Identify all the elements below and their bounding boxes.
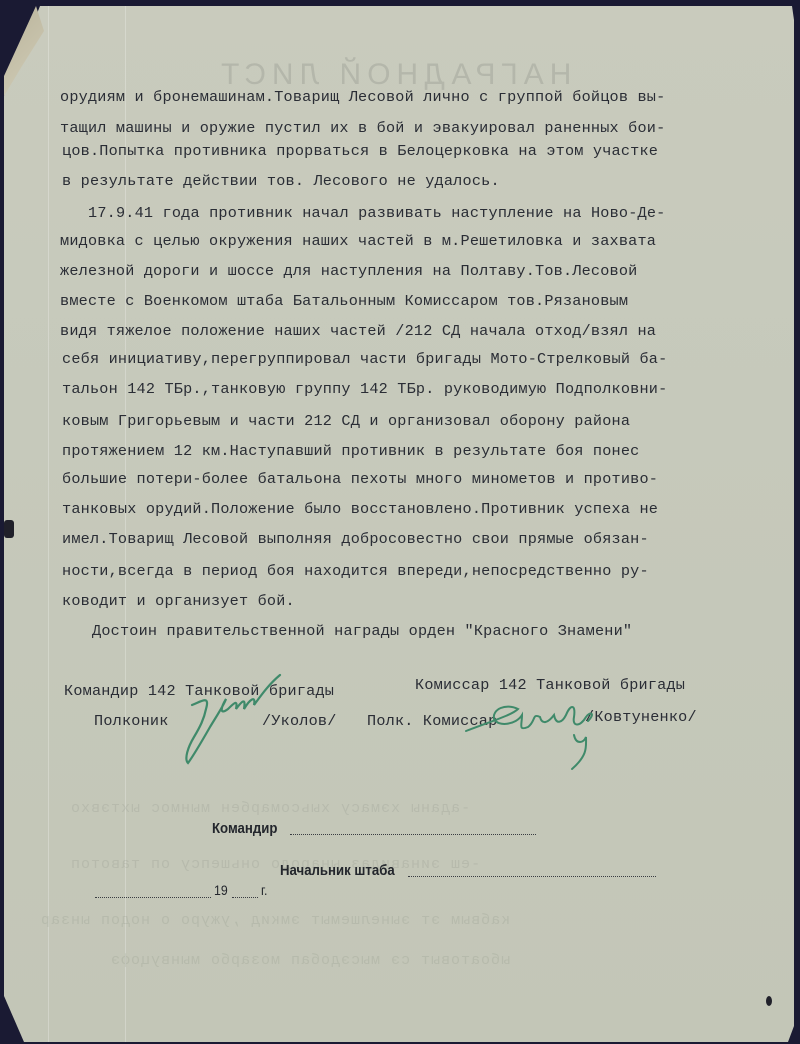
text-line: железной дороги и шоссе для наступления …	[60, 262, 637, 280]
text-line: ководит и организует бой.	[62, 592, 295, 610]
text-line: цов.Попытка противника прорваться в Бело…	[62, 142, 658, 160]
text-line: имел.Товарищ Лесовой выполняя добросовес…	[62, 530, 649, 548]
text-line: протяжением 12 км.Наступавший противник …	[62, 442, 639, 460]
text-line: ности,всегда в период боя находится впер…	[62, 562, 649, 580]
text-line: мидовка с целью окружения наших частей в…	[60, 232, 656, 250]
commander-field-label: Командир	[212, 820, 277, 837]
text-line: видя тяжелое положение наших частей /212…	[60, 322, 656, 340]
document-body: орудиям и бронемашинам.Товарищ Лесовой л…	[0, 0, 800, 1044]
text-line: тальон 142 ТБр.,танковую группу 142 ТБр.…	[62, 380, 667, 398]
chief-of-staff-signature-line	[408, 876, 656, 877]
commissar-title: Комиссар 142 Танковой бригады	[415, 676, 685, 694]
date-suffix: г.	[261, 882, 267, 898]
commander-rank: Полконик	[94, 712, 169, 730]
text-line: танковых орудий.Положение было восстанов…	[62, 500, 658, 518]
date-year-prefix: 19	[214, 882, 228, 898]
text-line: тащил машины и оружие пустил их в бой и …	[60, 119, 665, 137]
date-day-month-line	[95, 897, 211, 898]
award-recommendation: Достоин правительственной награды орден …	[92, 622, 632, 640]
commander-signature	[180, 665, 290, 775]
text-line: 17.9.41 года противник начал развивать н…	[88, 204, 665, 222]
text-line: орудиям и бронемашинам.Товарищ Лесовой л…	[60, 88, 665, 106]
text-line: большие потери-более батальона пехоты мн…	[62, 470, 658, 488]
date-year-line	[232, 897, 258, 898]
commander-signature-line	[290, 834, 536, 835]
text-line: в результате действии тов. Лесового не у…	[62, 172, 500, 190]
commissar-signature	[462, 695, 622, 775]
text-line: вместе с Военкомом штаба Батальонным Ком…	[60, 292, 628, 310]
text-line: ковым Григорьевым и части 212 СД и орган…	[62, 412, 630, 430]
text-line: себя инициативу,перегруппировал части бр…	[62, 350, 667, 368]
